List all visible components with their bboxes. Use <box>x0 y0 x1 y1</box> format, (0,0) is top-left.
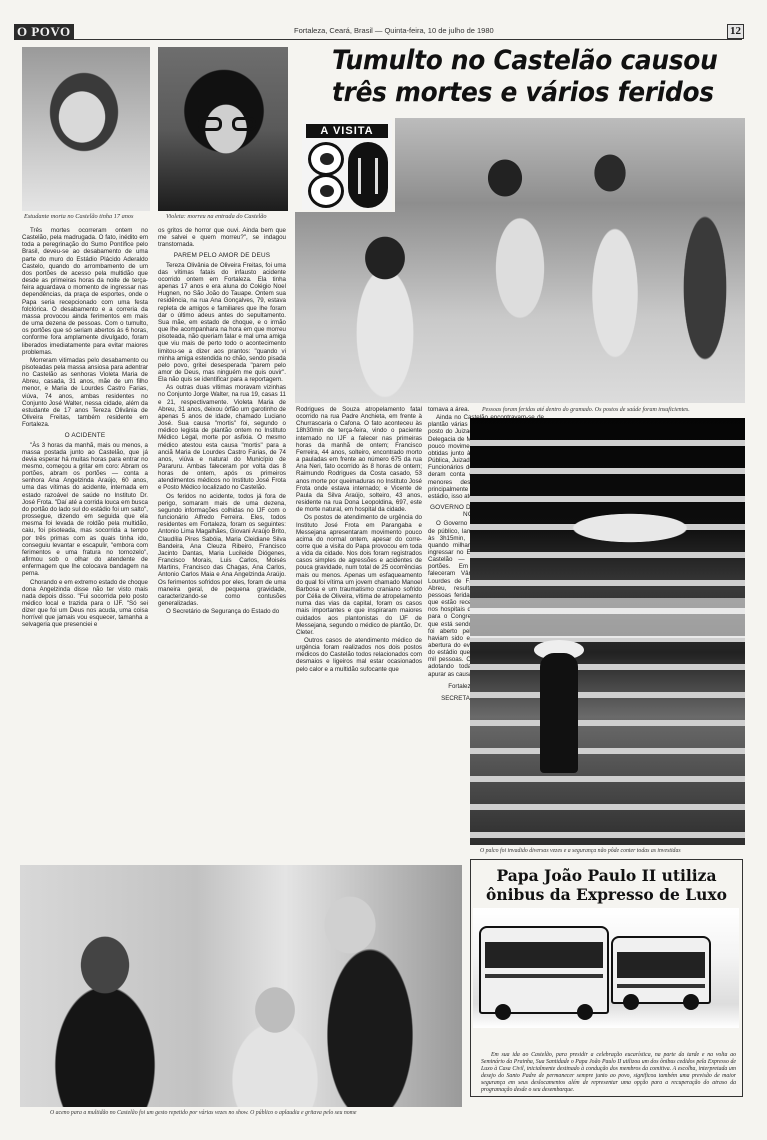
violeta-photo-caption: Violeta: morreu na entrada do Castelão <box>166 213 267 220</box>
headline-line-2: três mortes e vários feridos <box>332 77 714 108</box>
article-column-2: os gritos de horror que ouvi. Ainda bem … <box>158 227 286 616</box>
bus-sidebar-box: Papa João Paulo II utiliza ônibus da Exp… <box>470 859 743 1097</box>
paragraph: Chorando e em extremo estado de choque d… <box>22 579 148 629</box>
paragraph: O Secretário de Segurança do Estado do <box>158 608 286 615</box>
paragraph: os gritos de horror que ouvi. Ainda bem … <box>158 227 286 248</box>
article-column-4: Rodrigues de Souza atropelamento fatal o… <box>296 406 422 674</box>
pope-photo-caption: O aceno para a multidão no Castelão foi … <box>50 1110 356 1116</box>
pope-waving-photo <box>20 865 462 1107</box>
paragraph: "Às 3 horas da manhã, mais ou menos, a m… <box>22 442 148 578</box>
paragraph: Rodrigues de Souza atropelamento fatal o… <box>296 406 422 513</box>
stage-shape <box>470 598 745 638</box>
visita-logo: A VISITA <box>302 120 392 210</box>
paragraph: Os postos de atendimento de urgência do … <box>296 514 422 636</box>
pope-figure-icon <box>308 174 344 208</box>
paragraph: Outros casos de atendimento médico de ur… <box>296 637 422 673</box>
bus-photo <box>473 908 739 1028</box>
person-shape <box>540 653 578 773</box>
papal-emblem-icon <box>308 142 344 176</box>
page-headline: Tumulto no Castelão causou três mortes e… <box>332 45 718 109</box>
subhead-o-acidente: O ACIDENTE <box>22 432 148 439</box>
paragraph: tomava a área. <box>428 406 544 413</box>
paragraph: Tereza Olivânia de Oliveira Freitas, foi… <box>158 262 286 384</box>
stadium-stage-photo <box>470 418 745 845</box>
bus-shape <box>611 936 711 1004</box>
violeta-photo <box>158 47 288 211</box>
sidebar-title: Papa João Paulo II utiliza ônibus da Exp… <box>471 866 742 904</box>
glasses-shape <box>198 117 256 131</box>
sidebar-title-line-2: ônibus da Expresso de Luxo <box>486 885 727 904</box>
subhead-parem: PAREM PELO AMOR DE DEUS <box>158 252 286 259</box>
paragraph: As outras duas vítimas moravam vizinhas … <box>158 384 286 491</box>
student-photo <box>22 47 150 211</box>
sidebar-text: Em sua ida ao Castelão, para presidir a … <box>481 1052 736 1094</box>
headline-line-1: Tumulto no Castelão causou <box>332 45 718 76</box>
stadium-photo-caption: O palco foi invadido diversas vezes e a … <box>480 848 681 854</box>
paragraph: Os feridos no acidente, todos já fora de… <box>158 493 286 608</box>
sidebar-title-line-1: Papa João Paulo II utiliza <box>496 866 716 885</box>
dateline: Fortaleza, Ceará, Brasil — Quinta-feira,… <box>294 26 494 35</box>
newspaper-page: O POVO Fortaleza, Ceará, Brasil — Quinta… <box>0 0 767 1140</box>
page-number: 12 <box>727 24 744 39</box>
student-photo-caption: Estudante morta no Castelão tinha 17 ano… <box>24 213 134 220</box>
bus-shape <box>479 926 609 1014</box>
paragraph: Morreram vitimadas pelo desabamento ou p… <box>22 357 148 429</box>
paragraph: Três mortes ocorreram ontem no Castelão,… <box>22 227 148 356</box>
masthead: O POVO Fortaleza, Ceará, Brasil — Quinta… <box>14 24 742 40</box>
newspaper-logo: O POVO <box>14 24 74 40</box>
cathedral-icon <box>348 142 388 208</box>
article-column-1: Três mortes ocorreram ontem no Castelão,… <box>22 227 148 630</box>
visita-banner: A VISITA <box>306 124 388 138</box>
